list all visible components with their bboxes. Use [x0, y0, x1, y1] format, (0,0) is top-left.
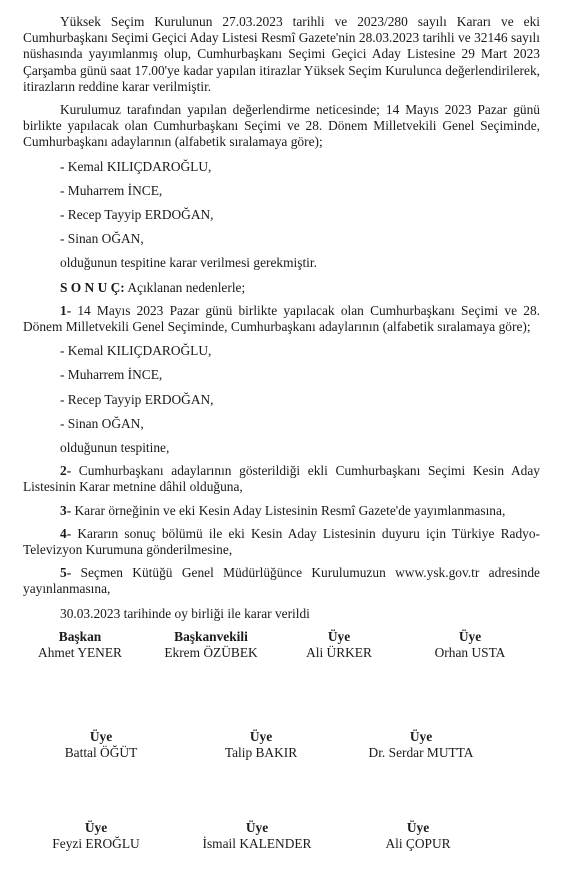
- candidate-list-item: - Muharrem İNCE,: [23, 367, 540, 383]
- sonuc-text: Açıklanan nedenlerle;: [125, 280, 245, 295]
- signature-role: Üye: [52, 820, 139, 836]
- decision-item-3: 3- Karar örneğinin ve eki Kesin Aday Lis…: [23, 503, 540, 519]
- signature-name: Ahmet YENER: [38, 645, 122, 661]
- sonuc-label: S O N U Ç:: [60, 280, 125, 295]
- signature-block: Üye Ali ÜRKER: [306, 629, 372, 661]
- signature-block: Üye Talip BAKIR: [225, 729, 297, 761]
- decision-item-1: 1- 14 Mayıs 2023 Pazar günü birlikte yap…: [23, 303, 540, 335]
- closing-statement: 30.03.2023 tarihinde oy birliği ile kara…: [23, 606, 540, 622]
- paragraph-determination-short: olduğunun tespitine,: [23, 440, 540, 456]
- signature-role: Üye: [435, 629, 506, 645]
- signature-name: Ali ÇOPUR: [385, 836, 450, 852]
- signature-name: Battal ÖĞÜT: [65, 745, 138, 761]
- item-text: Cumhurbaşkanı adaylarının gösterildiği e…: [23, 463, 540, 494]
- signature-role: Üye: [203, 820, 312, 836]
- signature-role: Başkanvekili: [164, 629, 257, 645]
- candidate-list-item: - Kemal KILIÇDAROĞLU,: [23, 343, 540, 359]
- item-number: 3-: [60, 503, 71, 518]
- signature-role: Üye: [306, 629, 372, 645]
- decision-item-4: 4- Kararın sonuç bölümü ile eki Kesin Ad…: [23, 526, 540, 558]
- signature-name: Orhan USTA: [435, 645, 506, 661]
- sonuc-heading: S O N U Ç: Açıklanan nedenlerle;: [23, 280, 540, 296]
- signature-name: Feyzi EROĞLU: [52, 836, 139, 852]
- item-text: Seçmen Kütüğü Genel Müdürlüğünce Kurulum…: [23, 565, 540, 596]
- signature-role: Üye: [65, 729, 138, 745]
- signature-block: Üye Dr. Serdar MUTTA: [369, 729, 474, 761]
- signature-name: Talip BAKIR: [225, 745, 297, 761]
- decision-item-5: 5- Seçmen Kütüğü Genel Müdürlüğünce Kuru…: [23, 565, 540, 597]
- paragraph-evaluation: Kurulumuz tarafından yapılan değerlendir…: [23, 102, 540, 151]
- signature-name: Ali ÜRKER: [306, 645, 372, 661]
- signature-block: Başkan Ahmet YENER: [38, 629, 122, 661]
- paragraph-determination: olduğunun tespitine karar verilmesi gere…: [23, 255, 540, 271]
- candidate-list-item: - Recep Tayyip ERDOĞAN,: [23, 392, 540, 408]
- signature-block: Üye Battal ÖĞÜT: [65, 729, 138, 761]
- signature-name: İsmail KALENDER: [203, 836, 312, 852]
- signature-block: Üye İsmail KALENDER: [203, 820, 312, 852]
- item-number: 2-: [60, 463, 71, 478]
- signature-block: Başkanvekili Ekrem ÖZÜBEK: [164, 629, 257, 661]
- decision-document: Yüksek Seçim Kurulunun 27.03.2023 tarihl…: [23, 14, 540, 622]
- item-number: 4-: [60, 526, 71, 541]
- signature-role: Üye: [369, 729, 474, 745]
- signature-block: Üye Feyzi EROĞLU: [52, 820, 139, 852]
- candidate-list-item: - Sinan OĞAN,: [23, 231, 540, 247]
- signature-role: Üye: [385, 820, 450, 836]
- signature-role: Başkan: [38, 629, 122, 645]
- item-number: 5-: [60, 565, 71, 580]
- signature-block: Üye Ali ÇOPUR: [385, 820, 450, 852]
- signature-role: Üye: [225, 729, 297, 745]
- item-text: Kararın sonuç bölümü ile eki Kesin Aday …: [23, 526, 540, 557]
- candidate-list-item: - Kemal KILIÇDAROĞLU,: [23, 159, 540, 175]
- item-text: 14 Mayıs 2023 Pazar günü birlikte yapıla…: [23, 303, 540, 334]
- signature-name: Ekrem ÖZÜBEK: [164, 645, 257, 661]
- item-number: 1-: [60, 303, 71, 318]
- candidate-list-item: - Muharrem İNCE,: [23, 183, 540, 199]
- candidate-list-item: - Sinan OĞAN,: [23, 416, 540, 432]
- paragraph-intro: Yüksek Seçim Kurulunun 27.03.2023 tarihl…: [23, 14, 540, 95]
- decision-item-2: 2- Cumhurbaşkanı adaylarının gösterildiğ…: [23, 463, 540, 495]
- item-text: Karar örneğinin ve eki Kesin Aday Listes…: [71, 503, 505, 518]
- signature-block: Üye Orhan USTA: [435, 629, 506, 661]
- candidate-list-item: - Recep Tayyip ERDOĞAN,: [23, 207, 540, 223]
- signature-name: Dr. Serdar MUTTA: [369, 745, 474, 761]
